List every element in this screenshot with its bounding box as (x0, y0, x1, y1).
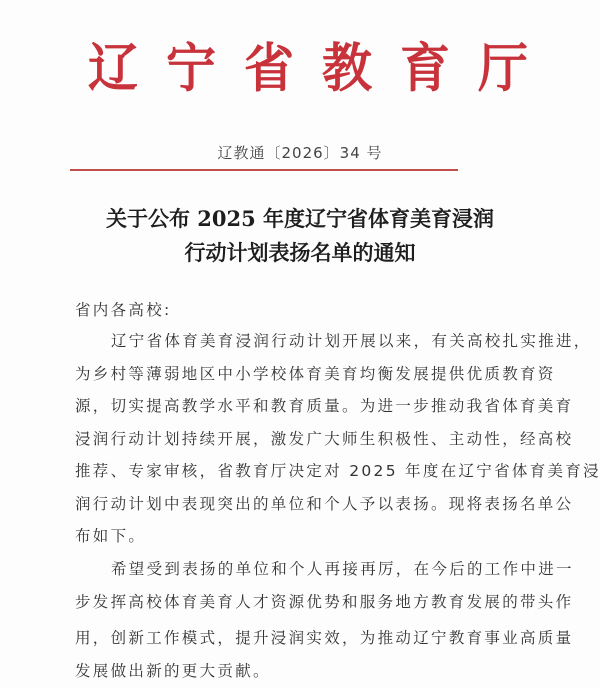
paragraph-line: 润行动计划中表现突出的单位和个人予以表扬。现将表扬名单公 (75, 488, 535, 521)
red-divider-line (70, 169, 458, 171)
salutation: 省内各高校: (75, 294, 535, 327)
notice-title-line-1: 关于公布 2025 年度辽宁省体育美育浸润 (0, 202, 600, 236)
body-paragraph-1: 辽宁省体育美育浸润行动计划开展以来，有关高校扎实推进， 为乡村等薄弱地区中小学校… (75, 325, 535, 553)
masthead-char: 教 (322, 37, 372, 100)
masthead-char: 厅 (478, 37, 528, 100)
paragraph-line: 浸润行动计划持续开展，激发广大师生积极性、主动性，经高校 (75, 423, 535, 456)
masthead-char: 辽 (88, 37, 138, 100)
paragraph-line: 推荐、专家审核，省教育厅决定对 2025 年度在辽宁省体育美育浸 (75, 455, 535, 488)
paragraph-line: 辽宁省体育美育浸润行动计划开展以来，有关高校扎实推进， (75, 325, 535, 358)
document-number: 辽教通〔2026〕34 号 (0, 142, 600, 163)
paragraph-line: 希望受到表扬的单位和个人再接再厉，在今后的工作中进一 (75, 553, 535, 586)
paragraph-line: 为乡村等薄弱地区中小学校体育美育均衡发展提供优质教育资 (75, 358, 535, 391)
paragraph-line: 布如下。 (75, 520, 535, 553)
notice-title-line-2: 行动计划表扬名单的通知 (0, 236, 600, 270)
masthead-char: 宁 (166, 37, 216, 100)
paragraph-line: 源，切实提高教学水平和教育质量。为进一步推动我省体育美育 (75, 390, 535, 423)
paragraph-line: 发展做出新的更大贡献。 (75, 655, 535, 688)
paragraph-line: 用，创新工作模式，提升浸润实效，为推动辽宁教育事业高质量 (75, 622, 535, 655)
masthead-char: 省 (244, 37, 294, 100)
document-page: 辽 宁 省 教 育 厅 辽教通〔2026〕34 号 关于公布 2025 年度辽宁… (0, 0, 600, 688)
masthead-char: 育 (400, 37, 450, 100)
notice-title: 关于公布 2025 年度辽宁省体育美育浸润 行动计划表扬名单的通知 (0, 202, 600, 270)
issuer-masthead: 辽 宁 省 教 育 厅 (88, 38, 528, 98)
body-paragraph-2: 希望受到表扬的单位和个人再接再厉，在今后的工作中进一 步发挥高校体育美育人才资源… (75, 553, 535, 687)
paragraph-line: 步发挥高校体育美育人才资源优势和服务地方教育发展的带头作 (75, 586, 535, 619)
